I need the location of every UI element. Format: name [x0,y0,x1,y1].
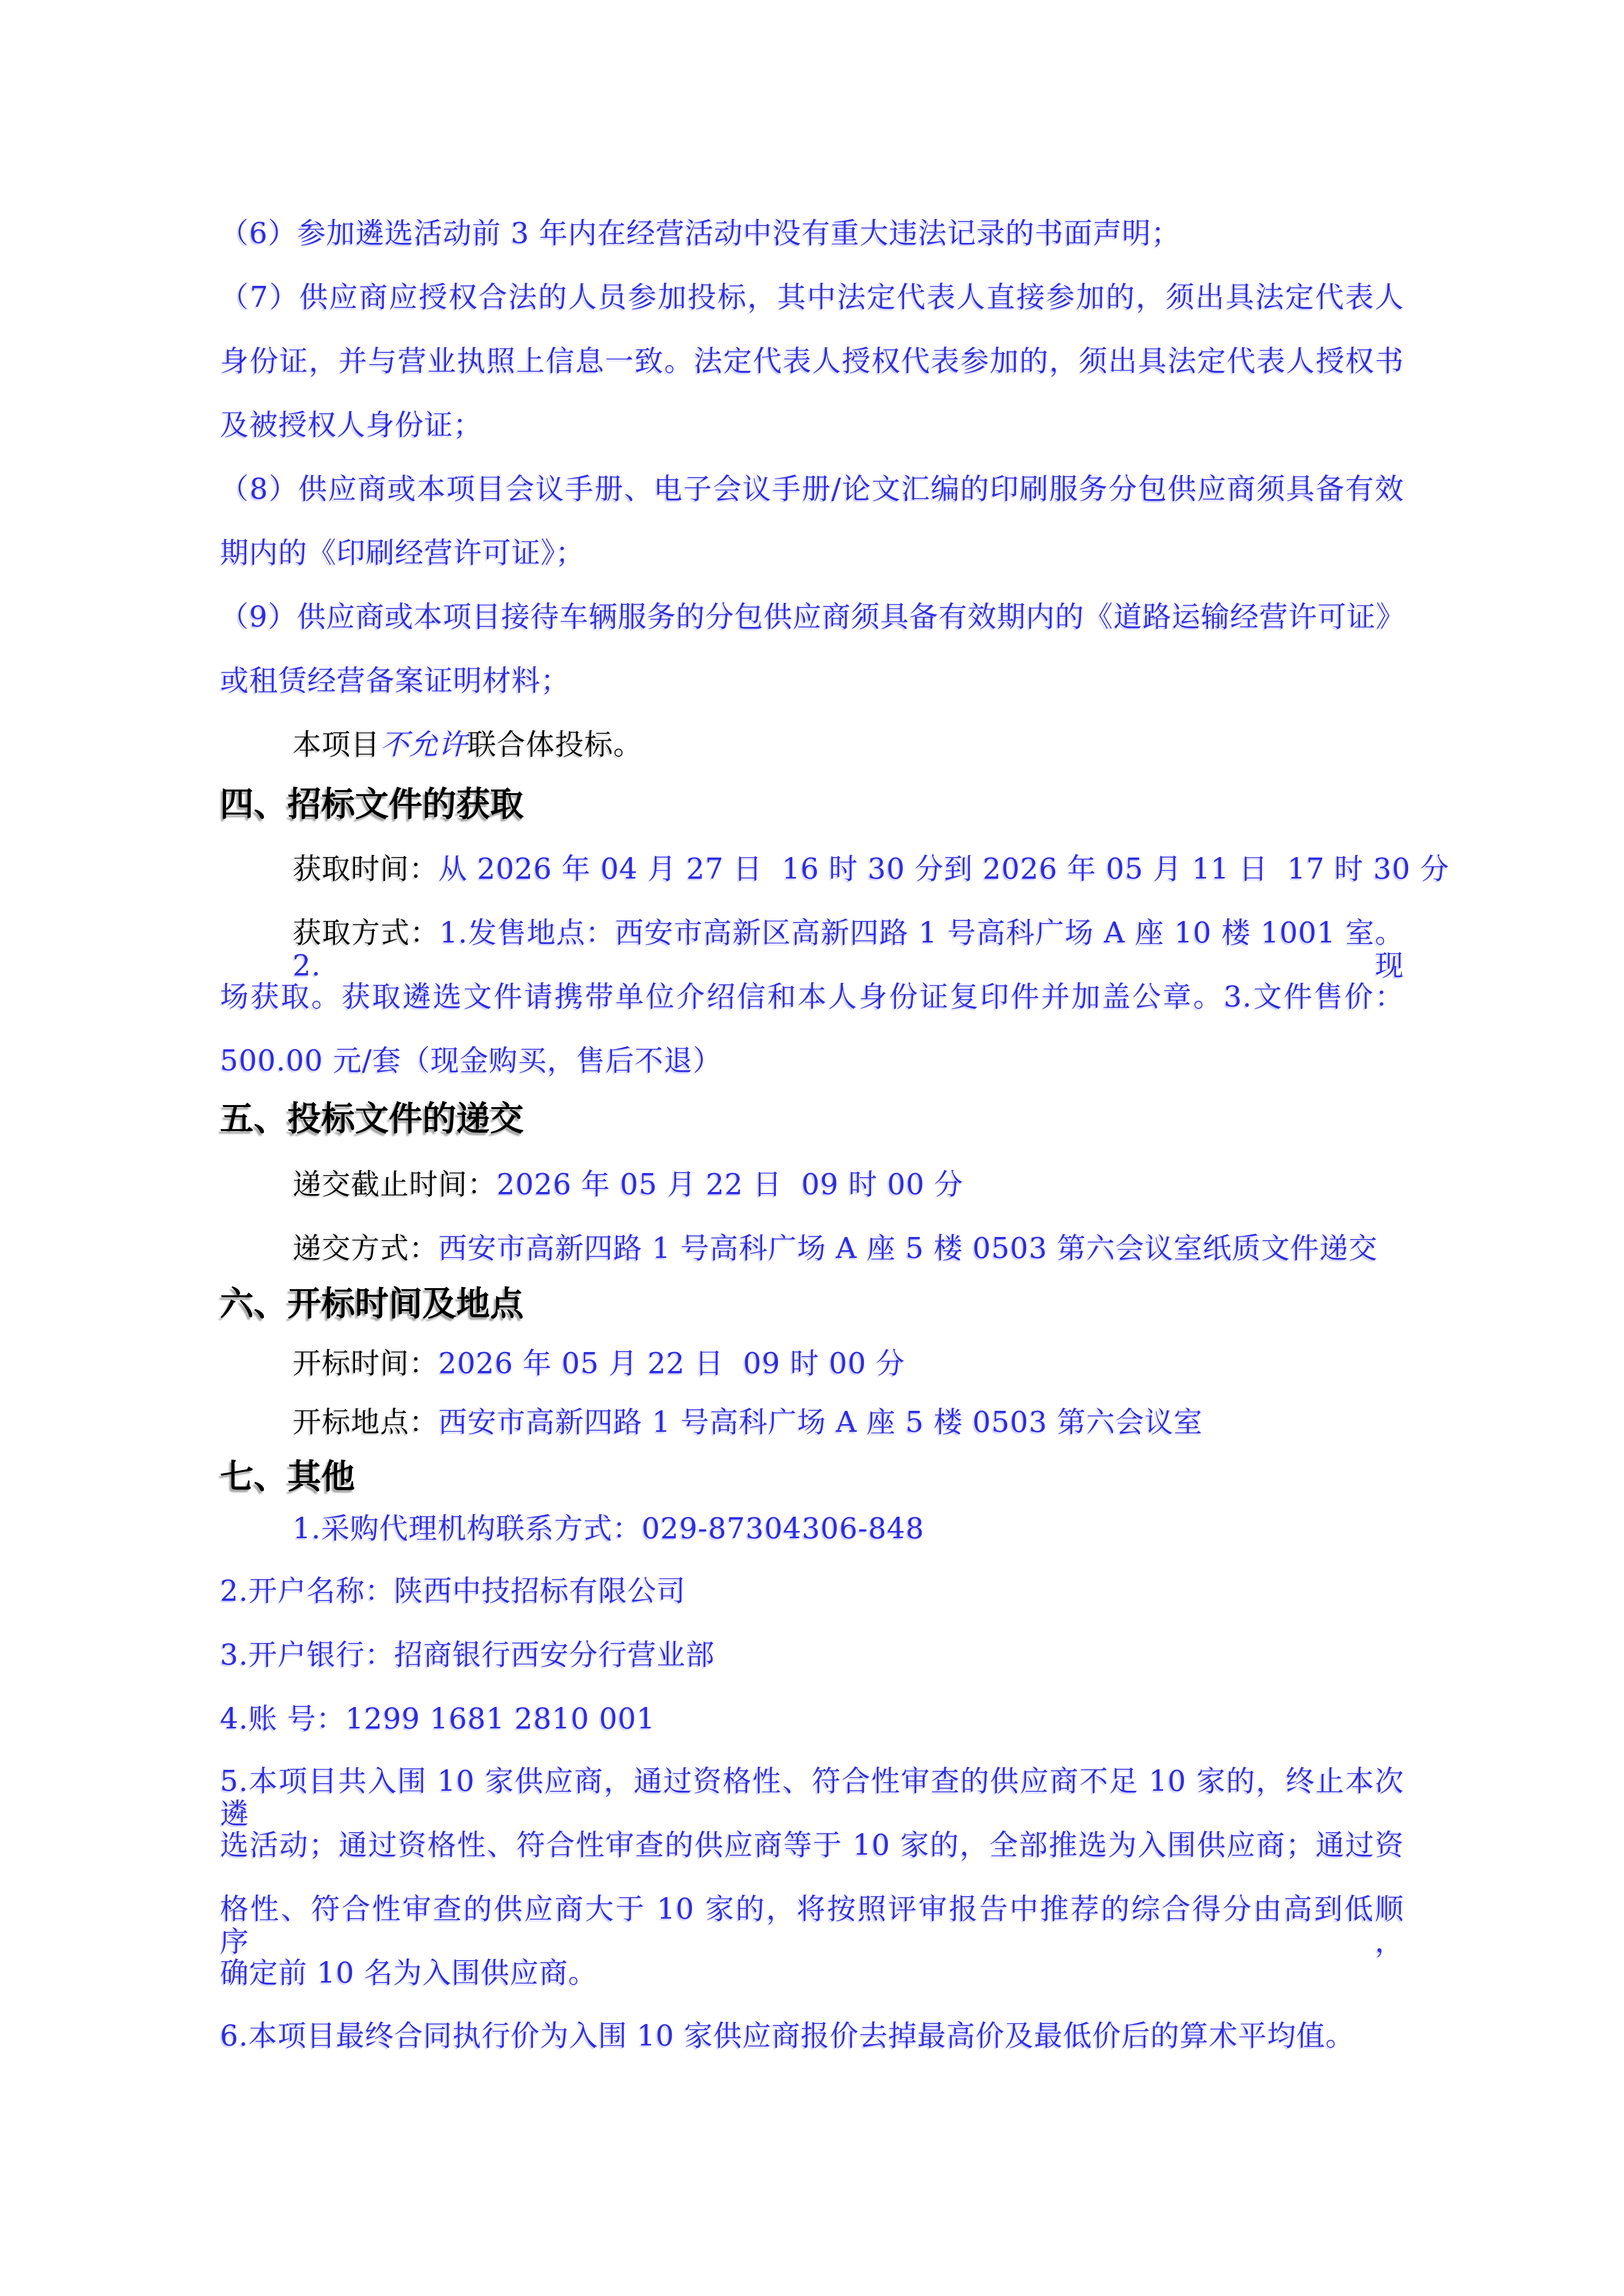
text-segment: 2.开户名称：陕西中技招标有限公司 [220,1574,685,1608]
text-segment: 500.00 元/套（现金购买，售后不退） [220,1044,722,1077]
text-line: 获取时间：从 2026 年 04 月 27 日 16 时 30 分到 2026 … [293,853,1450,886]
text-segment: 1.发售地点：西安市高新区高新四路 1 号高科广场 A 座 10 楼 1001 … [293,916,1404,982]
text-segment: 西安市高新四路 1 号高科广场 A 座 5 楼 0503 第六会议室纸质文件递交 [438,1232,1378,1265]
text-segment: 5.本项目共入围 10 家供应商，通过资格性、符合性审查的供应商不足 10 家的… [220,1765,1404,1831]
text-line: 身份证，并与营业执照上信息一致。法定代表人授权代表参加的，须出具法定代表人授权书 [220,345,1404,378]
text-line: 期内的《印刷经营许可证》； [220,537,585,570]
text-segment: 五、投标文件的递交 [220,1099,524,1138]
text-segment: 获取方式： [293,916,439,950]
text-line: 1.采购代理机构联系方式：029-87304306-848 [293,1513,924,1545]
text-line: 本项目不允许联合体投标。 [293,729,642,761]
text-segment: 从 2026 年 04 月 27 日 16 时 30 分到 2026 年 05 … [438,852,1450,886]
text-segment: 3.开户银行：招商银行西安分行营业部 [220,1638,715,1672]
text-segment: 场获取。获取遴选文件请携带单位介绍信和本人身份证复印件并加盖公章。3.文件售价： [220,980,1404,1014]
text-segment: （6）参加遴选活动前 3 年内在经营活动中没有重大违法记录的书面声明； [220,217,1181,250]
text-line: （9）供应商或本项目接待车辆服务的分包供应商须具备有效期内的《道路运输经营许可证… [220,601,1404,634]
text-segment: 联合体投标。 [468,728,642,761]
text-line: 5.本项目共入围 10 家供应商，通过资格性、符合性审查的供应商不足 10 家的… [220,1765,1404,1831]
text-line: （6）参加遴选活动前 3 年内在经营活动中没有重大违法记录的书面声明； [220,217,1181,250]
text-segment: 1.采购代理机构联系方式：029-87304306-848 [293,1512,924,1545]
text-segment: 七、其他 [220,1457,355,1496]
text-line: 6.本项目最终合同执行价为入围 10 家供应商报价去掉最高价及最低价后的算术平均… [220,2020,1354,2053]
text-segment: 西安市高新四路 1 号高科广场 A 座 5 楼 0503 第六会议室 [438,1406,1203,1439]
text-segment: 六、开标时间及地点 [220,1284,524,1323]
text-segment: 2026 年 05 月 22 日 09 时 00 分 [497,1168,964,1201]
text-segment: 身份证，并与营业执照上信息一致。法定代表人授权代表参加的，须出具法定代表人授权书 [220,345,1404,378]
text-segment: 四、招标文件的获取 [220,784,524,824]
text-line: 确定前 10 名为入围供应商。 [220,1957,597,1990]
text-segment: 不允许 [380,728,468,761]
text-segment: （9）供应商或本项目接待车辆服务的分包供应商须具备有效期内的《道路运输经营许可证… [220,600,1405,634]
text-line: 或租赁经营备案证明材料； [220,665,570,697]
text-line: 开标时间：2026 年 05 月 22 日 09 时 00 分 [293,1347,905,1380]
text-line: 递交方式：西安市高新四路 1 号高科广场 A 座 5 楼 0503 第六会议室纸… [293,1232,1378,1265]
text-line: 选活动；通过资格性、符合性审查的供应商等于 10 家的，全部推选为入围供应商；通… [220,1829,1404,1862]
text-segment: 2026 年 05 月 22 日 09 时 00 分 [438,1347,905,1380]
text-line: 2.开户名称：陕西中技招标有限公司 [220,1575,685,1608]
text-line: 开标地点：西安市高新四路 1 号高科广场 A 座 5 楼 0503 第六会议室 [293,1406,1203,1439]
text-segment: 6.本项目最终合同执行价为入围 10 家供应商报价去掉最高价及最低价后的算术平均… [220,2019,1354,2053]
text-line: 4.账 号：1299 1681 2810 001 [220,1703,655,1736]
text-segment: 确定前 10 名为入围供应商。 [220,1956,597,1990]
text-line: 及被授权人身份证； [220,409,482,442]
text-line: 3.开户银行：招商银行西安分行营业部 [220,1639,715,1672]
section-heading: 七、其他 [220,1457,355,1496]
text-segment: 4.账 号：1299 1681 2810 001 [220,1702,655,1736]
text-line: （7）供应商应授权合法的人员参加投标，其中法定代表人直接参加的，须出具法定代表人 [220,281,1404,314]
document-page: （6）参加遴选活动前 3 年内在经营活动中没有重大违法记录的书面声明；（7）供应… [0,0,1624,2296]
text-line: 获取方式：1.发售地点：西安市高新区高新四路 1 号高科广场 A 座 10 楼 … [293,917,1404,983]
text-segment: 开标地点： [293,1406,438,1439]
text-segment: （8）供应商或本项目会议手册、电子会议手册/论文汇编的印刷服务分包供应商须具备有… [220,472,1404,506]
section-heading: 六、开标时间及地点 [220,1285,524,1323]
text-line: 500.00 元/套（现金购买，售后不退） [220,1045,722,1077]
text-segment: 期内的《印刷经营许可证》； [220,536,585,570]
text-line: （8）供应商或本项目会议手册、电子会议手册/论文汇编的印刷服务分包供应商须具备有… [220,473,1404,506]
text-segment: 递交截止时间： [293,1168,497,1201]
text-segment: 选活动；通过资格性、符合性审查的供应商等于 10 家的，全部推选为入围供应商；通… [220,1829,1404,1862]
text-segment: 开标时间： [293,1347,438,1380]
text-segment: 及被授权人身份证； [220,409,482,442]
text-line: 场获取。获取遴选文件请携带单位介绍信和本人身份证复印件并加盖公章。3.文件售价： [220,981,1404,1014]
text-segment: 本项目 [293,728,380,761]
text-segment: （7）供应商应授权合法的人员参加投标，其中法定代表人直接参加的，须出具法定代表人 [220,281,1404,314]
section-heading: 四、招标文件的获取 [220,785,524,824]
section-heading: 五、投标文件的递交 [220,1099,524,1138]
text-line: 递交截止时间：2026 年 05 月 22 日 09 时 00 分 [293,1168,964,1201]
text-segment: 获取时间： [293,852,438,886]
text-segment: 或租赁经营备案证明材料； [220,664,570,697]
text-segment: 格性、符合性审查的供应商大于 10 家的，将按照评审报告中推荐的综合得分由高到低… [220,1893,1404,1959]
text-line: 格性、符合性审查的供应商大于 10 家的，将按照评审报告中推荐的综合得分由高到低… [220,1893,1404,1959]
text-segment: 递交方式： [293,1232,438,1265]
